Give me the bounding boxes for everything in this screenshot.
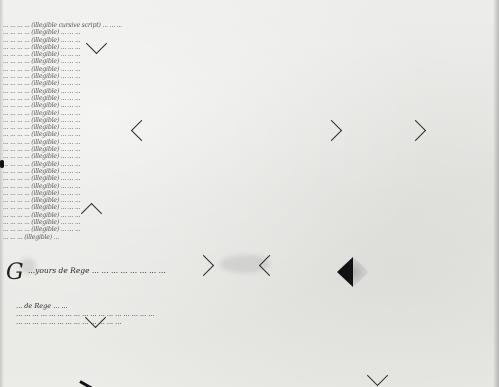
text-line: ... ... ... ... (illegible) ... ... ...: [3, 110, 495, 117]
text-line: ... ... ... ... (illegible) ... ... ...: [3, 190, 495, 197]
text-line: ... ... ... ... (illegible cursive scrip…: [3, 22, 495, 29]
ink-blot: [0, 160, 4, 168]
text-line: ... ... ... ... (illegible) ... ... ...: [3, 117, 495, 124]
text-line: ... ... ... ... (illegible) ... ... ...: [3, 212, 495, 219]
text-line: ... ... ... ... (illegible) ... ... ...: [3, 80, 495, 87]
signature-initial: G: [6, 260, 24, 285]
text-line: ... ... ... ... (illegible) ... ... ...: [3, 175, 495, 182]
text-line: ... ... ... ... (illegible) ... ... ...: [3, 183, 495, 190]
text-line: ... ... ... ... (illegible) ... ... ...: [3, 219, 495, 226]
text-line: ... ... ... ... (illegible) ... ... ...: [3, 44, 495, 51]
text-line: ... ... ... ... (illegible) ... ... ...: [3, 226, 495, 233]
signature-text: ...yours de Rege ... ... ... ... ... ...…: [28, 266, 166, 275]
text-line: ... ... ... ... (illegible) ... ... ...: [3, 139, 495, 146]
text-line: ... ... ... ... (illegible) ... ... ...: [3, 51, 495, 58]
text-line: ... ... ... ... (illegible) ... ... ...: [3, 146, 495, 153]
text-line: ... ... ... ... (illegible) ... ... ...: [3, 58, 495, 65]
text-line: ... ... ... (illegible) ...: [3, 234, 495, 241]
note-line: ... ... ... ... ... ... ... ... ... ... …: [16, 318, 154, 326]
endorsement-note: ... de Rege ... ... ... ... ... ... ... …: [16, 302, 154, 326]
ink-stroke: [79, 380, 101, 387]
note-line: ... de Rege ... ...: [16, 302, 154, 310]
text-line: ... ... ... ... (illegible) ... ... ...: [3, 153, 495, 160]
text-line: ... ... ... ... (illegible) ... ... ...: [3, 73, 495, 80]
text-line: ... ... ... ... (illegible) ... ... ...: [3, 29, 495, 36]
text-line: ... ... ... ... (illegible) ... ... ...: [3, 95, 495, 102]
text-line: ... ... ... ... (illegible) ... ... ...: [3, 37, 495, 44]
text-line: ... ... ... ... (illegible) ... ... ...: [3, 197, 495, 204]
text-line: ... ... ... ... (illegible) ... ... ...: [3, 168, 495, 175]
text-line: ... ... ... ... (illegible) ... ... ...: [3, 66, 495, 73]
text-line: ... ... ... ... (illegible) ... ... ...: [3, 161, 495, 168]
note-line: ... ... ... ... ... ... ... ... ... ... …: [16, 310, 154, 318]
text-line: ... ... ... ... (illegible) ... ... ...: [3, 88, 495, 95]
text-line: ... ... ... ... (illegible) ... ... ...: [3, 102, 495, 109]
wax-seal-remnant: [337, 257, 353, 287]
manuscript-page: ... ... ... ... (illegible cursive scrip…: [0, 0, 499, 387]
fold-mark-icon: [367, 365, 388, 386]
text-line: ... ... ... ... (illegible) ... ... ...: [3, 204, 495, 211]
